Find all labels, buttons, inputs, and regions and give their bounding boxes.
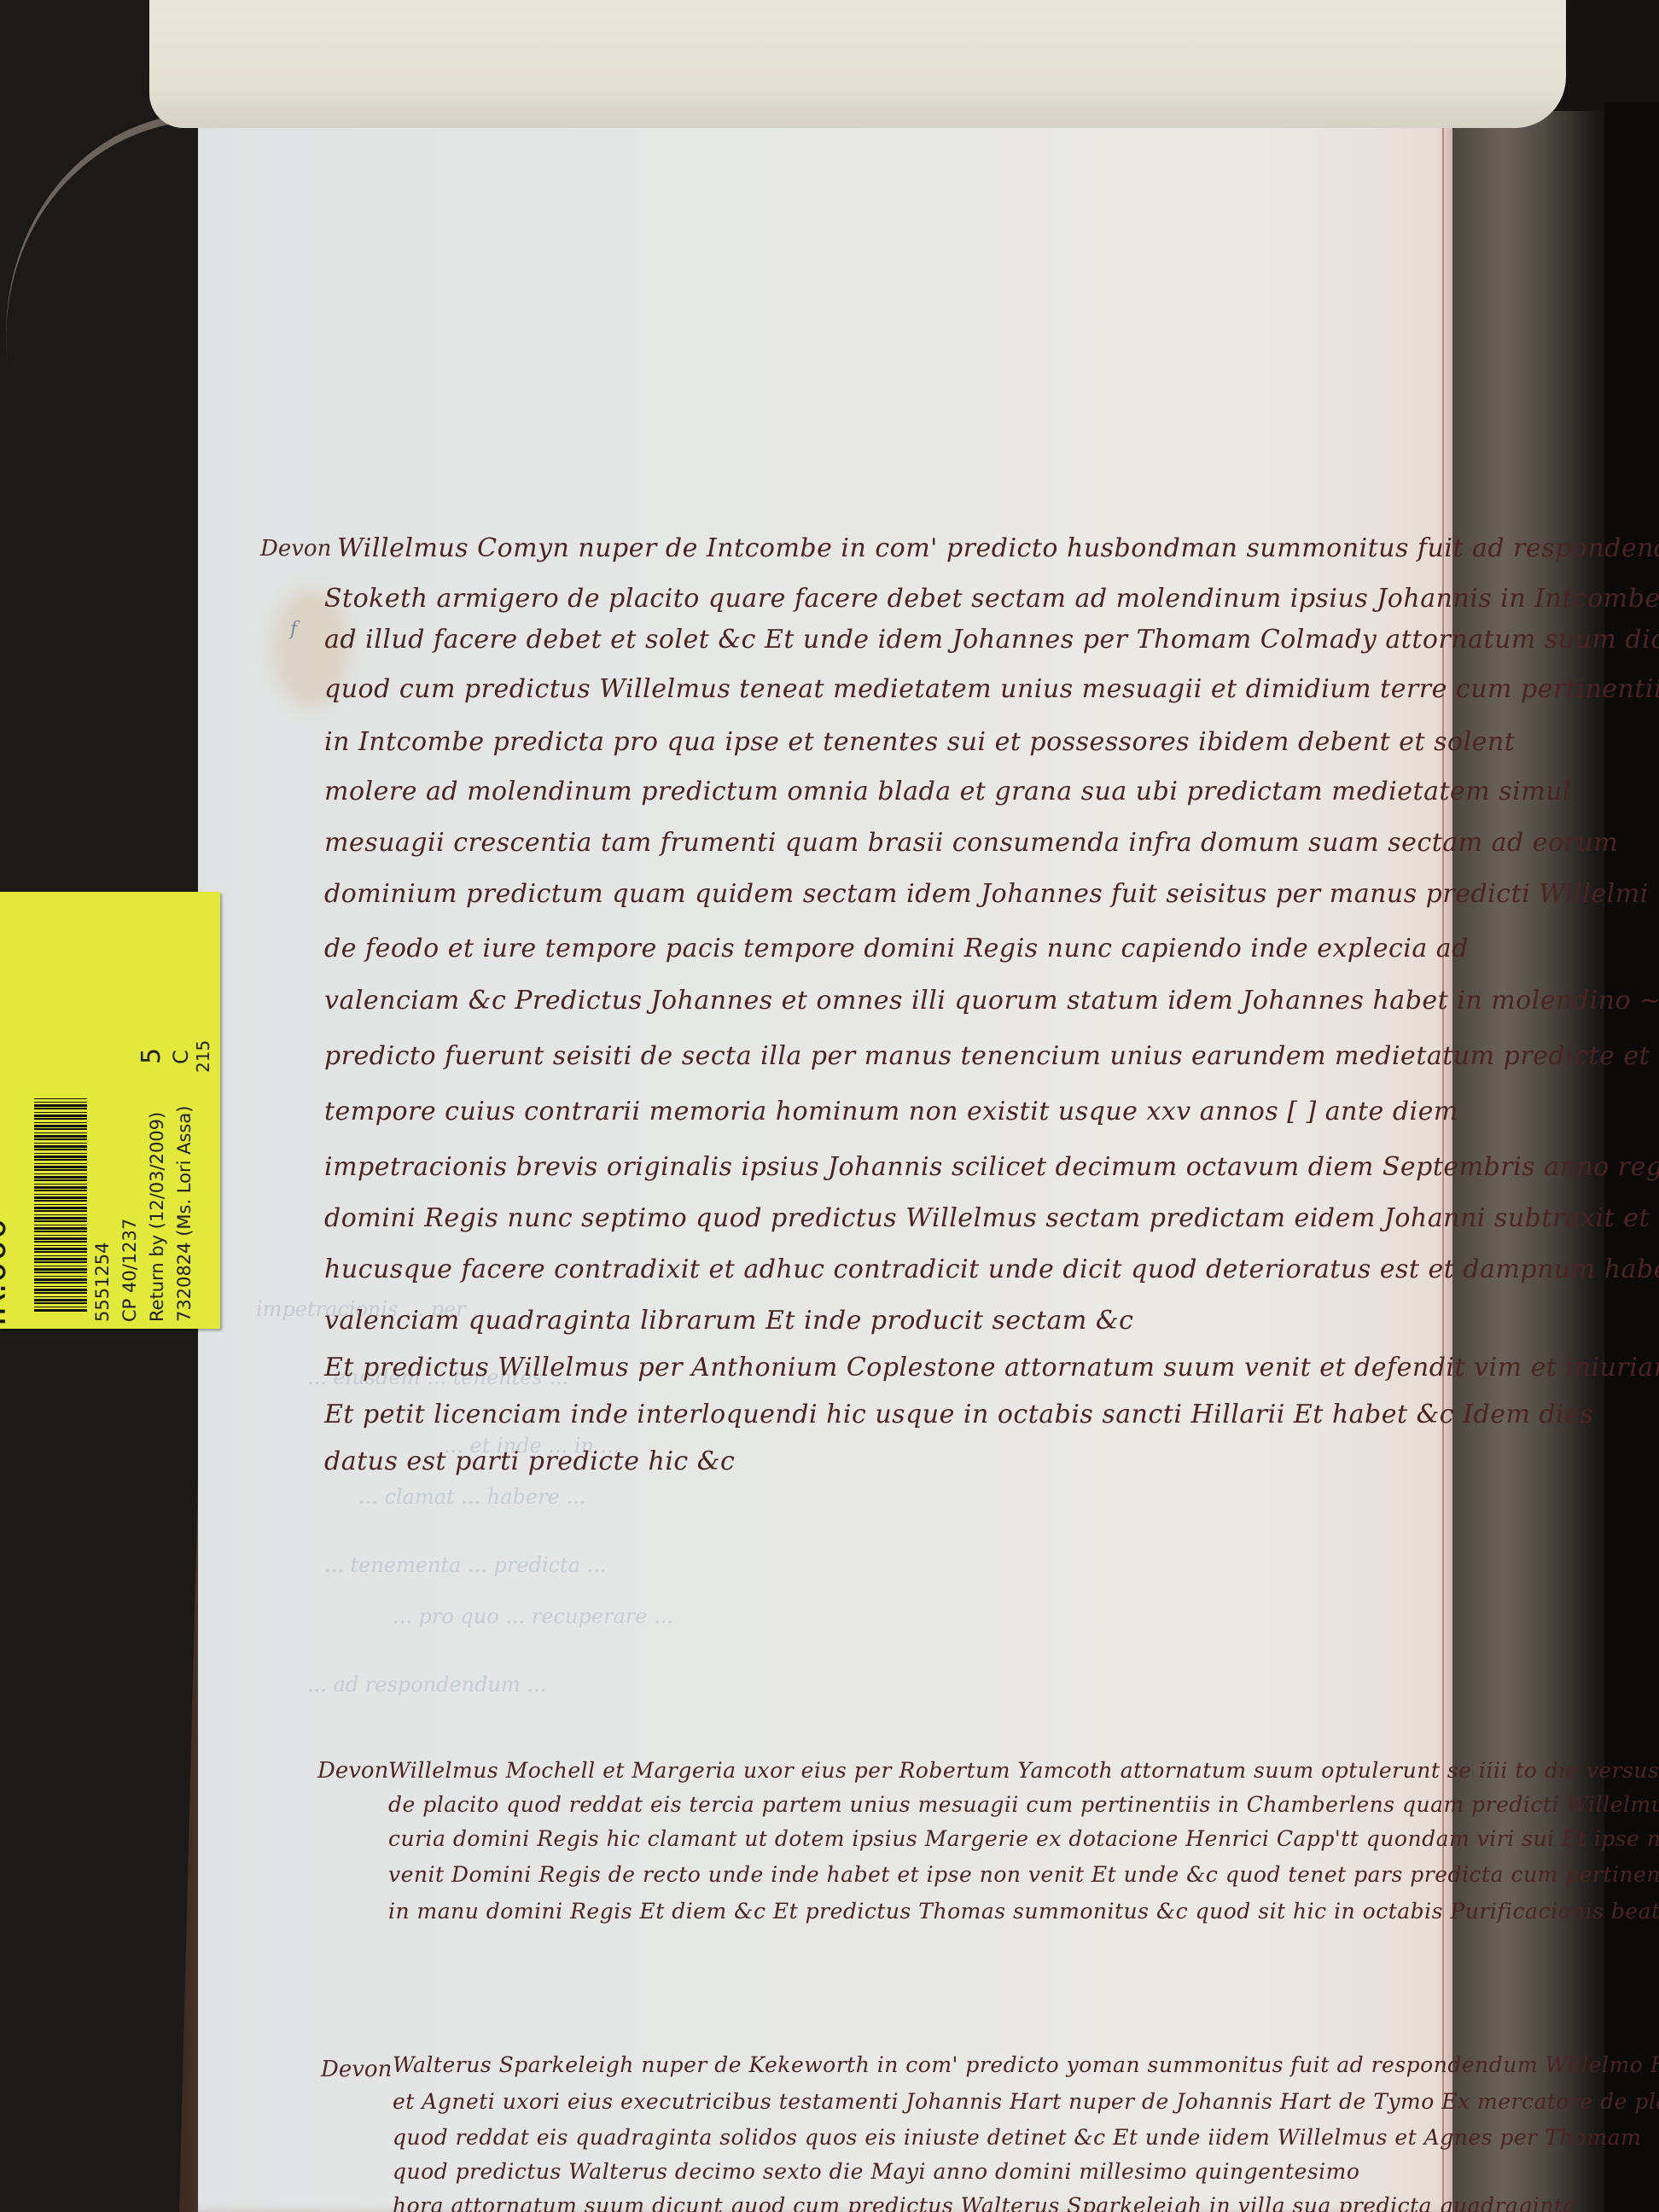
manuscript-line: quod reddat eis quadraginta solidos quos… — [393, 2125, 1641, 2150]
manuscript-line: tempore cuius contrarii memoria hominum … — [324, 1097, 1458, 1126]
manuscript-line: in manu domini Regis Et diem &c Et predi… — [388, 1899, 1659, 1924]
margin-county-note: Devon — [321, 2057, 392, 2082]
barcode-icon — [34, 1098, 87, 1312]
margin-county-note: Devon — [317, 1758, 388, 1784]
manuscript-line: Willelmus Comyn nuper de Intcombe in com… — [337, 533, 1659, 563]
manuscript-line: Stoketh armigero de placito quare facere… — [324, 584, 1659, 614]
manuscript-line: datus est parti predicte hic &c — [324, 1447, 735, 1476]
manuscript-line: Willelmus Mochell et Margeria uxor eius … — [388, 1758, 1659, 1783]
label-document-id: 5551254 — [92, 1242, 113, 1322]
manuscript-line: Et predictus Willelmus per Anthonium Cop… — [324, 1353, 1659, 1382]
manuscript-line: mesuagii crescentia tam frumenti quam br… — [324, 828, 1618, 858]
manuscript-line: molere ad molendinum predictum omnia bla… — [324, 777, 1571, 806]
manuscript-line: Walterus Sparkeleigh nuper de Kekeworth … — [393, 2052, 1659, 2077]
margin-side-note: f — [290, 619, 297, 640]
archive-label-content: MR.000 5551254 CP 40/1237 Return by (12/… — [0, 892, 220, 1329]
manuscript-line: de placito quod reddat eis tercia partem… — [388, 1792, 1659, 1817]
manuscript-line: predicto fuerunt seisiti de secta illa p… — [324, 1041, 1650, 1071]
manuscript-line: Et petit licenciam inde interloquendi hi… — [324, 1400, 1593, 1429]
archive-label: MR.000 5551254 CP 40/1237 Return by (12/… — [0, 892, 220, 1329]
manuscript-line: venit Domini Regis de recto unde inde ha… — [388, 1862, 1659, 1887]
manuscript-line: valenciam quadraginta librarum Et inde p… — [324, 1306, 1133, 1336]
manuscript-line: curia domini Regis hic clamant ut dotem … — [388, 1826, 1659, 1851]
label-reader: 7320824 (Ms. Lori Assa) — [174, 1106, 195, 1322]
manuscript-line: hora attornatum suum dicunt quod cum pre… — [393, 2193, 1576, 2212]
label-shelf-1: 5 — [137, 1048, 166, 1064]
label-reference: CP 40/1237 — [119, 1219, 140, 1322]
manuscript-line: impetracionis brevis originalis ipsius J… — [324, 1152, 1659, 1182]
label-code: MR.000 — [0, 1218, 14, 1346]
label-return-date: Return by (12/03/2009) — [147, 1112, 167, 1322]
manuscript-line: de feodo et iure tempore pacis tempore d… — [324, 934, 1469, 963]
manuscript-line: valenciam &c Predictus Johannes et omnes… — [324, 986, 1659, 1016]
label-shelf-2: C — [169, 1050, 193, 1064]
manuscript-line: dominium predictum quam quidem sectam id… — [324, 879, 1659, 909]
manuscript-line: domini Regis nunc septimo quod predictus… — [324, 1203, 1659, 1233]
manuscript-line: in Intcombe predicta pro qua ipse et ten… — [324, 727, 1515, 757]
manuscript-line: quod cum predictus Willelmus teneat medi… — [324, 674, 1659, 704]
manuscript-line: et Agneti uxori eius executricibus testa… — [393, 2089, 1659, 2114]
label-shelf-3: 215 — [193, 1040, 213, 1073]
margin-county-note: Devon — [260, 536, 331, 562]
manuscript-line: ad illud facere debet et solet &c Et und… — [324, 625, 1659, 655]
manuscript-line: quod predictus Walterus decimo sexto die… — [393, 2159, 1359, 2184]
manuscript-line: hucusque facere contradixit et adhuc con… — [324, 1254, 1659, 1284]
rolled-membrane-top — [149, 0, 1566, 128]
